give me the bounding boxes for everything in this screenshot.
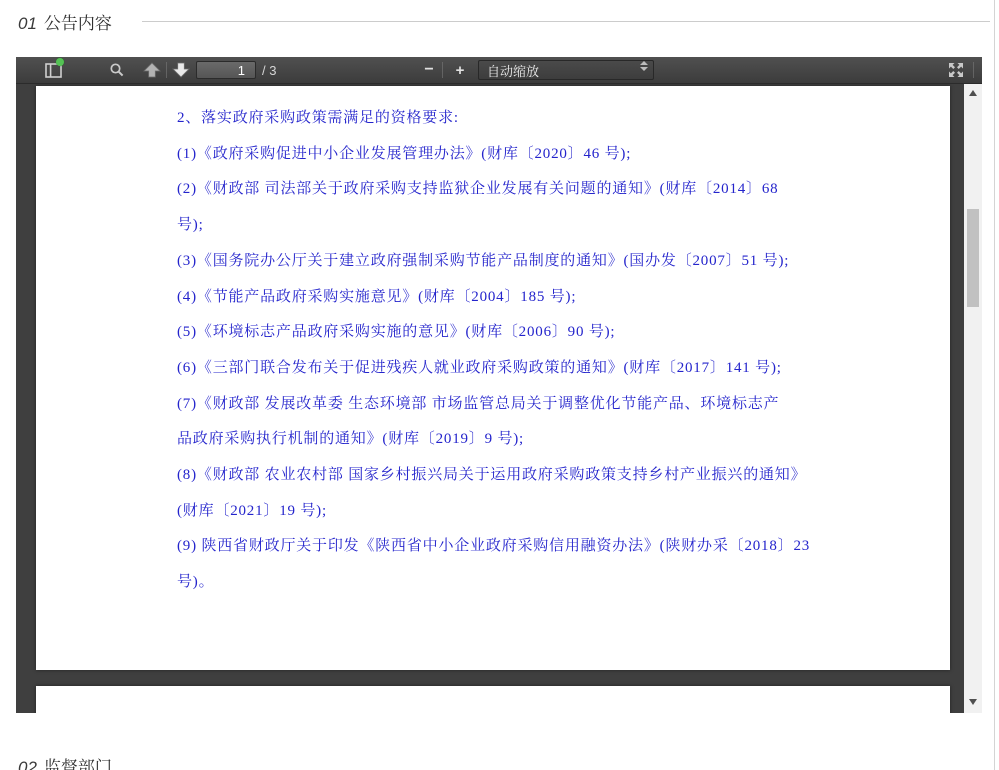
find-button[interactable] (107, 61, 127, 79)
document-line: (5)《环境标志产品政府采购实施的意见》(财库〔2006〕90 号); (177, 315, 837, 351)
document-line: (8)《财政部 农业农村部 国家乡村振兴局关于运用政府采购政策支持乡村产业振兴的… (177, 458, 837, 494)
document-text: 2、落实政府采购政策需满足的资格要求: (1)《政府采购促进中小企业发展管理办法… (177, 101, 837, 601)
page-number-input[interactable] (196, 61, 256, 79)
zoom-select[interactable]: 自动缩放 (478, 60, 654, 80)
heading-divider-line (142, 21, 990, 22)
chevron-updown-icon (640, 61, 648, 71)
document-line: (财库〔2021〕19 号); (177, 494, 837, 530)
page-up-icon (143, 62, 161, 78)
pdf-page-2 (36, 686, 950, 713)
pdf-viewer: / 3 − + 自动缩放 2、落实政府采购政策需满足的资格要 (16, 57, 982, 713)
page-right-border (994, 0, 995, 770)
search-icon (109, 62, 125, 78)
toolbar-separator (442, 62, 443, 78)
scrollbar-thumb[interactable] (967, 209, 979, 307)
document-line: 2、落实政府采购政策需满足的资格要求: (177, 101, 837, 137)
zoom-in-button[interactable]: + (450, 60, 470, 80)
announcement-page: { "sections": [ { "number": "01", "title… (0, 0, 999, 770)
triangle-up-icon (969, 90, 977, 96)
document-line: 号)。 (177, 565, 837, 601)
page-down-icon (172, 62, 190, 78)
toolbar-separator (166, 62, 167, 78)
page-count-label: / 3 (262, 63, 276, 78)
section-heading-supervision: 02监督部门 (18, 753, 112, 770)
section-number: 02 (18, 758, 37, 770)
triangle-down-icon (969, 699, 977, 705)
scrollbar-up-button[interactable] (964, 86, 982, 100)
scrollbar-down-button[interactable] (964, 695, 982, 709)
presentation-mode-button[interactable] (946, 61, 966, 79)
document-line: (3)《国务院办公厅关于建立政府强制采购节能产品制度的通知》(国办发〔2007〕… (177, 244, 837, 280)
section-number: 01 (18, 14, 37, 33)
document-line: (2)《财政部 司法部关于政府采购支持监狱企业发展有关问题的通知》(财库〔201… (177, 172, 837, 208)
sidebar-notification-badge (56, 58, 64, 66)
document-line: 品政府采购执行机制的通知》(财库〔2019〕9 号); (177, 422, 837, 458)
zoom-select-value: 自动缩放 (487, 61, 539, 80)
section-title: 公告内容 (44, 14, 112, 33)
section-heading-announcement: 01公告内容 (18, 9, 112, 34)
next-page-button[interactable] (171, 61, 191, 79)
zoom-out-button[interactable]: − (419, 60, 439, 80)
toolbar-separator (973, 62, 974, 78)
previous-page-button[interactable] (142, 61, 162, 79)
document-line: (6)《三部门联合发布关于促进残疾人就业政府采购政策的通知》(财库〔2017〕1… (177, 351, 837, 387)
pdf-content-area: 2、落实政府采购政策需满足的资格要求: (1)《政府采购促进中小企业发展管理办法… (16, 84, 982, 713)
viewer-scrollbar[interactable] (964, 84, 982, 713)
pdf-toolbar: / 3 − + 自动缩放 (16, 57, 982, 84)
document-line: (7)《财政部 发展改革委 生态环境部 市场监管总局关于调整优化节能产品、环境标… (177, 387, 837, 423)
document-line: (9) 陕西省财政厅关于印发《陕西省中小企业政府采购信用融资办法》(陕财办采〔2… (177, 529, 837, 565)
document-line: 号); (177, 208, 837, 244)
presentation-mode-icon (948, 62, 964, 78)
document-line: (4)《节能产品政府采购实施意见》(财库〔2004〕185 号); (177, 280, 837, 316)
document-line: (1)《政府采购促进中小企业发展管理办法》(财库〔2020〕46 号); (177, 137, 837, 173)
pdf-page-1: 2、落实政府采购政策需满足的资格要求: (1)《政府采购促进中小企业发展管理办法… (36, 86, 950, 670)
section-title: 监督部门 (44, 758, 112, 770)
